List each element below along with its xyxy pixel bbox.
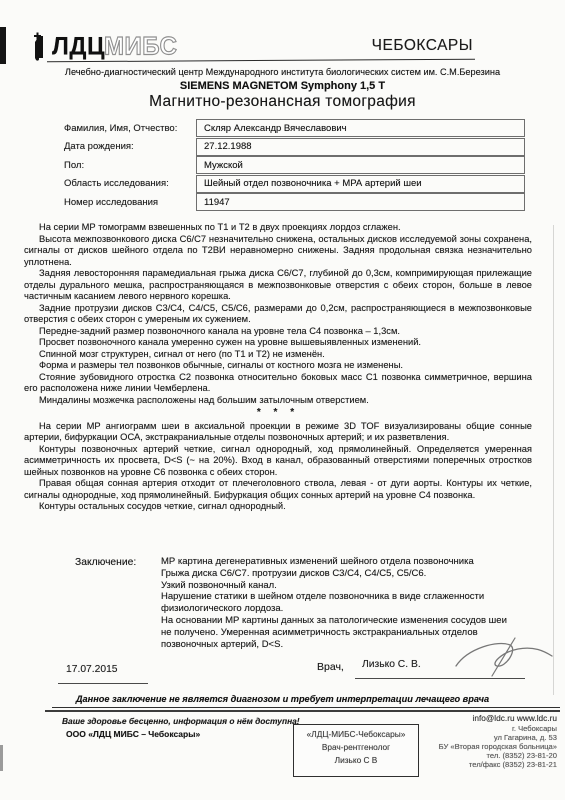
conclusion-line: Грыжа диска С6/С7. протрузии дисков С3/С…	[161, 568, 507, 580]
field-value-sex: Мужской	[196, 156, 525, 174]
findings-paragraph: На серии МР томограмм взвешенных по Т1 и…	[24, 222, 532, 234]
conclusion-line: Узкий позвоночный канал.	[161, 580, 507, 592]
footer-rule-1	[52, 707, 560, 708]
findings-paragraph: Форма и размеры тел позвонков обычные, с…	[24, 360, 532, 372]
contact-line-web: info@ldc.ru www.ldc.ru	[397, 714, 557, 723]
field-value-study-number: 11947	[196, 193, 525, 211]
contact-info: info@ldc.ru www.ldc.ru г. Чебоксары ул Г…	[397, 714, 557, 769]
field-value-name: Скляр Александр Вячеславович	[196, 119, 525, 137]
findings-paragraph: Просвет позвоночного канала умеренно суж…	[24, 337, 532, 349]
mri-report-page: ЛДЦ МИБС ЧЕБОКСАРЫ Лечебно-диагностическ…	[0, 0, 565, 800]
form-row-birthdate: Дата рождения: 27.12.1988	[64, 138, 525, 156]
doctor-name: Лизько С. В.	[362, 659, 421, 670]
conclusion-line: МР картина дегенеративных изменений шейн…	[161, 556, 507, 568]
findings-paragraph: Контуры остальных сосудов четкие, сигнал…	[24, 501, 532, 513]
field-value-study-area: Шейный отдел позвоночника + МРА артерий …	[196, 175, 525, 193]
findings-paragraph: Передне-задний размер позвоночного канал…	[24, 326, 532, 338]
field-label-sex: Пол:	[64, 160, 196, 171]
scan-edge-line	[553, 225, 554, 695]
form-row-sex: Пол: Мужской	[64, 156, 525, 174]
field-value-birthdate: 27.12.1988	[196, 138, 525, 156]
report-header: ЛДЦ МИБС ЧЕБОКСАРЫ	[0, 36, 565, 62]
logo-text-ldc: ЛДЦ	[52, 32, 105, 61]
form-row-name: Фамилия, Имя, Отчество: Скляр Александр …	[64, 119, 525, 137]
findings-paragraph: Высота межпозвонкового диска С6/С7 незна…	[24, 234, 532, 269]
patient-form: Фамилия, Имя, Отчество: Скляр Александр …	[64, 119, 525, 212]
findings-paragraph: Задняя левосторонняя парамедиальная грыж…	[24, 268, 532, 303]
findings-paragraph: Миндалины мозжечка расположены над больш…	[24, 395, 532, 407]
field-label-birthdate: Дата рождения:	[64, 141, 196, 152]
disclaimer-note: Данное заключение не является диагнозом …	[30, 694, 535, 704]
findings-paragraph: Задние протрузии дисков С3/С4, С4/С5, С5…	[24, 303, 532, 326]
conclusion-section: Заключение: МР картина дегенеративных из…	[75, 556, 507, 650]
report-findings: На серии МР томограмм взвешенных по Т1 и…	[24, 222, 532, 513]
logo-text-mibs: МИБС	[104, 32, 178, 61]
field-label-study-area: Область исследования:	[64, 178, 196, 189]
scanner-model: SIEMENS MAGNETOM Symphony 1,5 T	[0, 80, 565, 92]
conclusion-label: Заключение:	[75, 556, 161, 650]
exam-date: 17.07.2015	[66, 664, 118, 675]
findings-paragraph: Контуры позвоночных артерий четкие, сигн…	[24, 444, 532, 479]
city-label: ЧЕБОКСАРЫ	[372, 37, 473, 55]
field-label-name: Фамилия, Имя, Отчество:	[64, 123, 196, 134]
footer-rule-2	[45, 710, 560, 712]
form-row-study-area: Область исследования: Шейный отдел позво…	[64, 175, 525, 193]
company-name: ООО «ЛДЦ МИБС – Чебоксары»	[66, 729, 200, 739]
doctor-signature	[452, 636, 556, 685]
field-label-study-number: Номер исследования	[64, 197, 196, 208]
footer-slogan: Ваше здоровье бесценно, информация о нём…	[62, 716, 300, 726]
date-underline	[58, 683, 148, 684]
section-separator: * * *	[24, 407, 532, 419]
scan-artifact-bottom	[0, 745, 3, 771]
doctor-label: Врач,	[317, 661, 344, 673]
findings-paragraph: Стояние зубовидного отростка С2 позвонка…	[24, 372, 532, 395]
findings-paragraph: Правая общая сонная артерия отходит от п…	[24, 478, 532, 501]
report-title: Магнитно-резонансная томография	[0, 93, 565, 111]
contact-line-fax: тел/факс (8352) 23-81-21	[397, 761, 557, 770]
findings-paragraph: На серии МР ангиограмм шеи в аксиальной …	[24, 421, 532, 444]
org-name: Лечебно-диагностический центр Международ…	[0, 67, 565, 77]
conclusion-line: Нарушение статики в шейном отделе позвон…	[161, 591, 507, 615]
form-row-study-number: Номер исследования 11947	[64, 193, 525, 211]
findings-paragraph: Спинной мозг структурен, сигнал от него …	[24, 349, 532, 361]
